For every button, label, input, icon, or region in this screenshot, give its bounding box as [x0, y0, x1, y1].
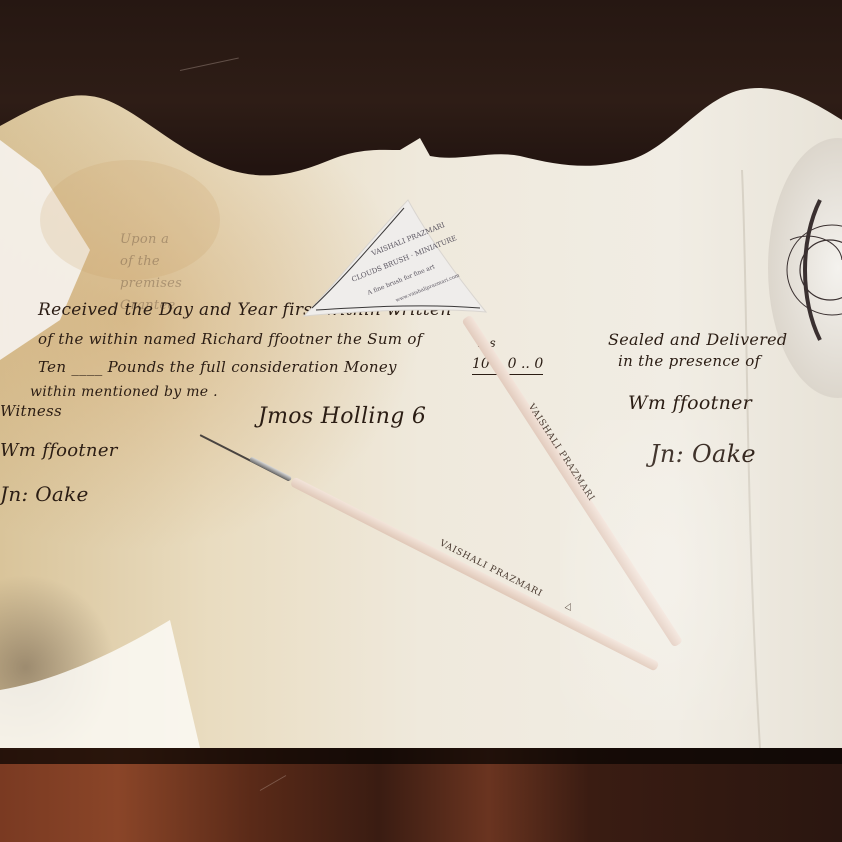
photo-scene: Upon a of the premises Grantee Received …	[0, 0, 842, 842]
paper-flag	[0, 0, 842, 842]
